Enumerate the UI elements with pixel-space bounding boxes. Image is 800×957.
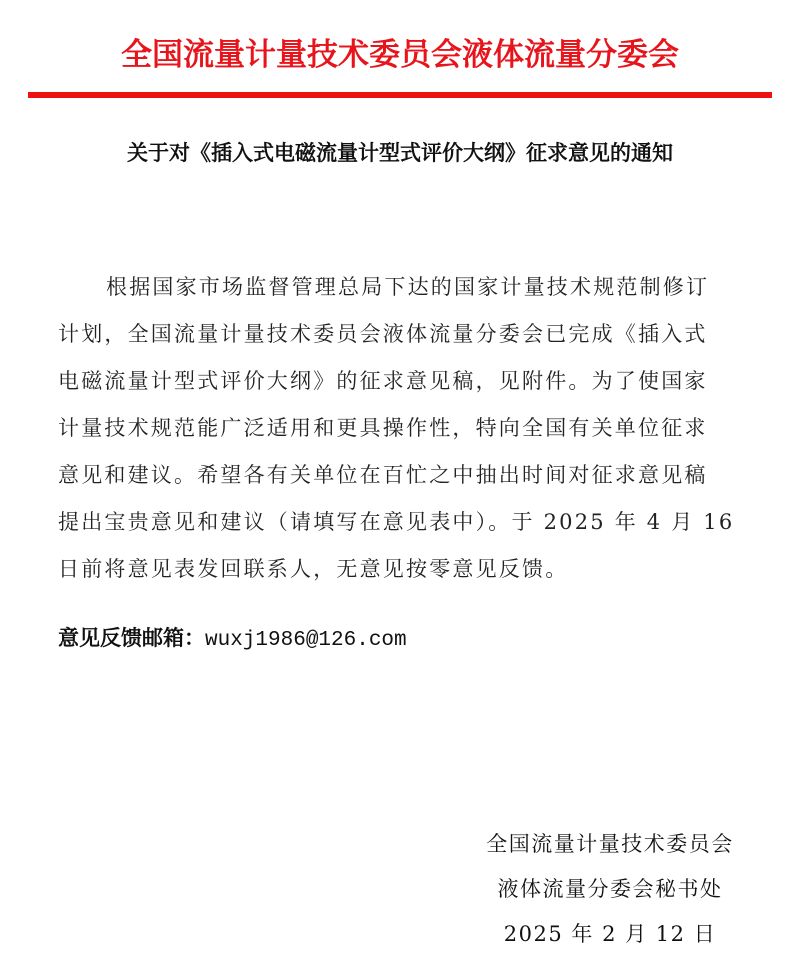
feedback-email-line: 意见反馈邮箱：wuxj1986@126.com <box>58 618 407 661</box>
body-line: 意见和建议。希望各有关单位在百忙之中抽出时间对征求意见稿 <box>58 452 742 499</box>
feedback-email-label: 意见反馈邮箱： <box>58 626 205 650</box>
body-line: 计量技术规范能广泛适用和更具操作性，特向全国有关单位征求 <box>58 405 742 452</box>
signature-secretariat: 液体流量分委会秘书处 <box>460 867 760 912</box>
red-divider-rule <box>28 92 772 98</box>
body-line: 根据国家市场监督管理总局下达的国家计量技术规范制修订 <box>58 264 742 311</box>
organization-header: 全国流量计量技术委员会液体流量分委会 <box>0 30 800 80</box>
body-line: 日前将意见表发回联系人，无意见按零意见反馈。 <box>58 546 742 593</box>
notice-body: 根据国家市场监督管理总局下达的国家计量技术规范制修订 计划，全国流量计量技术委员… <box>58 264 742 593</box>
feedback-email-address[interactable]: wuxj1986@126.com <box>205 629 407 652</box>
notice-title: 关于对《插入式电磁流量计型式评价大纲》征求意见的通知 <box>0 133 800 173</box>
body-line: 提出宝贵意见和建议（请填写在意见表中）。于 2025 年 4 月 16 <box>58 499 742 546</box>
signature-date: 2025 年 2 月 12 日 <box>460 912 760 957</box>
signature-block: 全国流量计量技术委员会 液体流量分委会秘书处 2025 年 2 月 12 日 <box>460 822 760 957</box>
body-line: 电磁流量计型式评价大纲》的征求意见稿，见附件。为了使国家 <box>58 358 742 405</box>
body-line: 计划，全国流量计量技术委员会液体流量分委会已完成《插入式 <box>58 311 742 358</box>
signature-committee: 全国流量计量技术委员会 <box>460 822 760 867</box>
